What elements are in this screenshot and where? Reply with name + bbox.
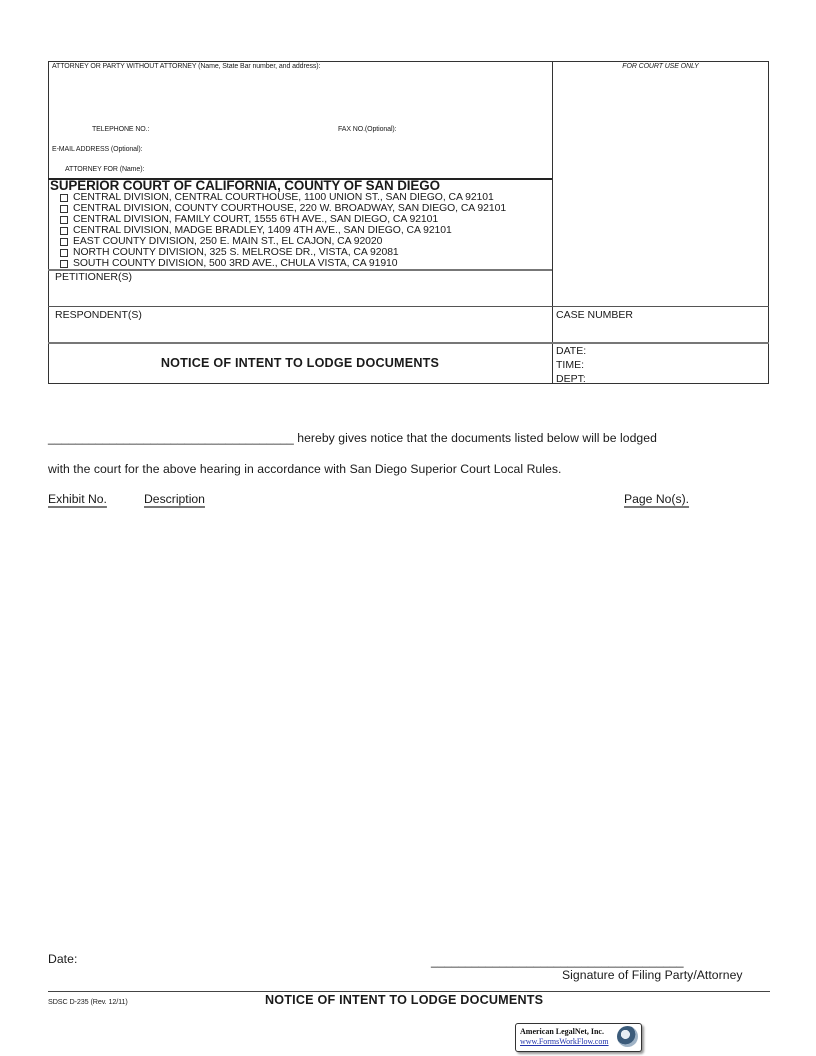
division-label: CENTRAL DIVISION, FAMILY COURT, 1555 6TH… xyxy=(73,214,438,225)
division-label: CENTRAL DIVISION, COUNTY COURTHOUSE, 220… xyxy=(73,203,506,214)
division-option[interactable]: CENTRAL DIVISION, CENTRAL COURTHOUSE, 11… xyxy=(60,192,494,203)
checkbox[interactable] xyxy=(60,205,68,213)
notice-line-2: with the court for the above hearing in … xyxy=(48,462,561,476)
email-label: E-MAIL ADDRESS (Optional): xyxy=(52,146,143,153)
division-label: SOUTH COUNTY DIVISION, 500 3RD AVE., CHU… xyxy=(73,258,398,269)
division-option[interactable]: EAST COUNTY DIVISION, 250 E. MAIN ST., E… xyxy=(60,236,382,247)
description-column-header: Description xyxy=(144,492,205,506)
checkbox[interactable] xyxy=(60,216,68,224)
divider xyxy=(48,306,769,307)
dept-label: DEPT: xyxy=(556,373,586,385)
checkbox[interactable] xyxy=(60,227,68,235)
attorney-for-label: ATTORNEY FOR (Name): xyxy=(65,166,144,173)
court-use-label: FOR COURT USE ONLY xyxy=(552,63,769,70)
logo-company-name: American LegalNet, Inc. xyxy=(520,1027,604,1036)
checkbox[interactable] xyxy=(60,260,68,268)
form-code: SDSC D-235 (Rev. 12/11) xyxy=(48,997,128,1006)
globe-icon xyxy=(617,1026,638,1047)
checkbox[interactable] xyxy=(60,194,68,202)
form-title: NOTICE OF INTENT TO LODGE DOCUMENTS xyxy=(48,356,552,370)
division-option[interactable]: NORTH COUNTY DIVISION, 325 S. MELROSE DR… xyxy=(60,247,399,258)
checkbox[interactable] xyxy=(60,238,68,246)
division-option[interactable]: CENTRAL DIVISION, COUNTY COURTHOUSE, 220… xyxy=(60,203,506,214)
date-label: DATE: xyxy=(556,345,586,357)
logo-website-link[interactable]: www.FormsWorkFlow.com xyxy=(520,1037,609,1046)
division-option[interactable]: CENTRAL DIVISION, MADGE BRADLEY, 1409 4T… xyxy=(60,225,452,236)
division-label: CENTRAL DIVISION, CENTRAL COURTHOUSE, 11… xyxy=(73,192,494,203)
notice-text: hereby gives notice that the documents l… xyxy=(297,431,657,445)
time-label: TIME: xyxy=(556,359,584,371)
pages-column-header: Page No(s). xyxy=(624,492,689,506)
court-title: SUPERIOR COURT OF CALIFORNIA, COUNTY OF … xyxy=(50,178,440,193)
case-number-label: CASE NUMBER xyxy=(556,309,633,321)
footer-title: NOTICE OF INTENT TO LODGE DOCUMENTS xyxy=(265,993,543,1007)
division-label: CENTRAL DIVISION, MADGE BRADLEY, 1409 4T… xyxy=(73,225,452,236)
signature-line[interactable]: _____________________________________ xyxy=(431,954,684,968)
filing-party-blank[interactable]: ____________________________________ xyxy=(48,431,294,445)
attorney-label: ATTORNEY OR PARTY WITHOUT ATTORNEY (Name… xyxy=(52,63,320,70)
telephone-label: TELEPHONE NO.: xyxy=(92,126,149,133)
divider xyxy=(48,342,769,344)
date-label: Date: xyxy=(48,952,77,966)
american-legalnet-logo[interactable]: American LegalNet, Inc. www.FormsWorkFlo… xyxy=(515,1023,642,1052)
exhibit-column-header: Exhibit No. xyxy=(48,492,107,506)
respondent-label: RESPONDENT(S) xyxy=(55,309,142,321)
division-option[interactable]: SOUTH COUNTY DIVISION, 500 3RD AVE., CHU… xyxy=(60,258,398,269)
division-label: NORTH COUNTY DIVISION, 325 S. MELROSE DR… xyxy=(73,247,399,258)
division-label: EAST COUNTY DIVISION, 250 E. MAIN ST., E… xyxy=(73,236,382,247)
petitioner-label: PETITIONER(S) xyxy=(55,271,132,283)
notice-line-1: ____________________________________ her… xyxy=(48,431,657,445)
signature-label: Signature of Filing Party/Attorney xyxy=(562,968,743,982)
footer-divider xyxy=(48,991,770,992)
court-use-divider xyxy=(552,61,553,384)
checkbox[interactable] xyxy=(60,249,68,257)
fax-label: FAX NO.(Optional): xyxy=(338,126,397,133)
division-option[interactable]: CENTRAL DIVISION, FAMILY COURT, 1555 6TH… xyxy=(60,214,438,225)
